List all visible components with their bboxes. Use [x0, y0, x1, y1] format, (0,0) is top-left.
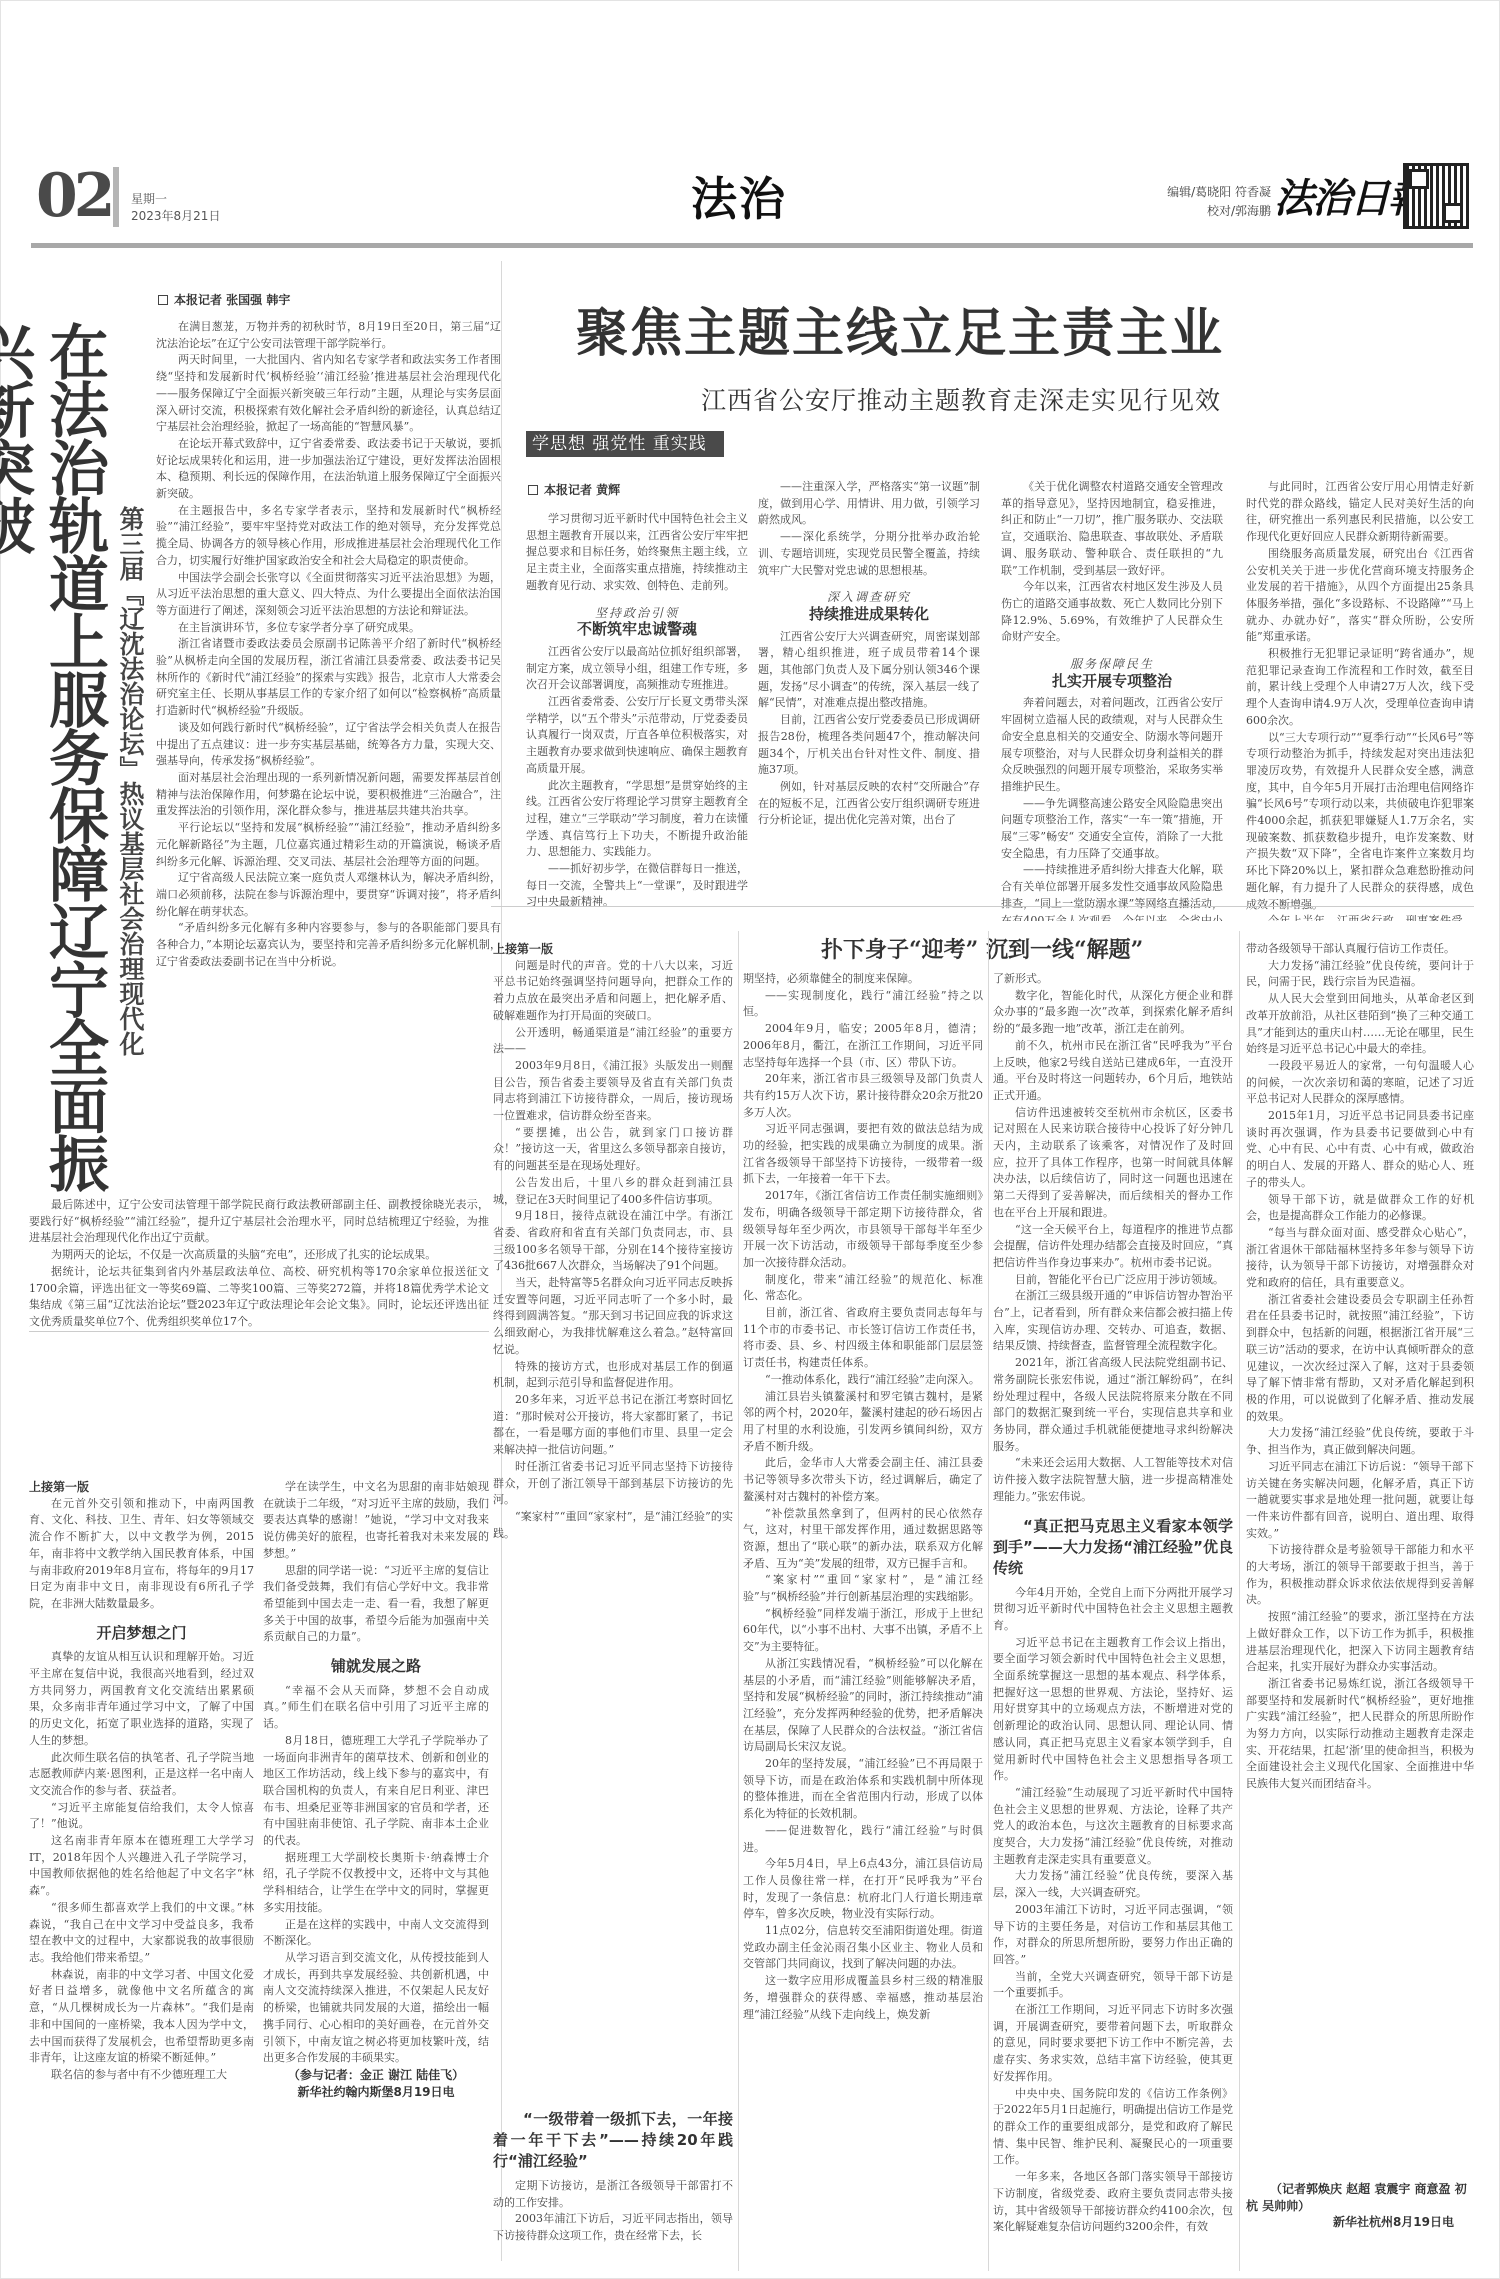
- newspaper-page: 02 星期一 2023年8月21日 法治 编辑/葛晓阳 符香凝 校对/郭海鹏 法…: [0, 0, 1500, 2279]
- subhead-dream: 开启梦想之门: [29, 1625, 254, 1642]
- masthead-rule: [31, 243, 1473, 248]
- story2-col-g: 了新形式。 数字化，智能化时代，从深化方便企业和群众办事的“最多跑一次”改革，到…: [993, 971, 1233, 2271]
- section-head-2: 持续推进成果转化: [758, 606, 980, 623]
- section-kicker-2: 深入调查研究: [758, 589, 980, 606]
- continued-label: 上接第一版: [493, 941, 733, 958]
- editors: 编辑/葛晓阳 符香凝: [1121, 183, 1271, 202]
- left-story-subhead: 第三届『辽沈法治论坛』热议基层社会治理现代化: [113, 506, 145, 1126]
- left-story-body: 在满目葱茏，万物并秀的初秋时节，8月19日至20日，第三届“辽沈法治论坛”在辽宁…: [156, 319, 501, 1199]
- editor-credits: 编辑/葛晓阳 符香凝 校对/郭海鹏: [1121, 183, 1271, 221]
- right-story-col-a: 学习贯彻习近平新时代中国特色社会主义思想主题教育开展以来，江西省公安厅牢牢把握总…: [526, 511, 748, 921]
- dateline: 新华社约翰内斯堡8月19日电: [263, 2084, 489, 2101]
- left-story-body-wide: 最后陈述中，辽宁公安司法管理干部学院民商行政法教研部副主任、副教授徐晓光表示，要…: [29, 1197, 489, 1329]
- masthead: 02 星期一 2023年8月21日 法治 编辑/葛晓阳 符香凝 校对/郭海鹏 法…: [31, 161, 1473, 231]
- subhead-development: 铺就发展之路: [263, 1658, 489, 1675]
- dateline: 新华社杭州8月19日电: [1246, 2214, 1474, 2231]
- qr-code-icon[interactable]: [1403, 163, 1469, 229]
- byline-box-icon: [158, 295, 168, 305]
- section-divider: [29, 1331, 489, 1332]
- story2-col-e: 上接第一版 问题是时代的声音。党的十八大以来，习近平总书记始终强调坚持问题导向，…: [493, 941, 733, 2091]
- main-subhead: 江西省公安厅推动主题教育走深走实见行见效: [701, 381, 1401, 417]
- reporters-credit: （参与记者：金正 谢江 陆佳飞）: [263, 2067, 489, 2084]
- date-block: 星期一 2023年8月21日: [131, 191, 220, 225]
- proofreader: 校对/郭海鹏: [1121, 202, 1271, 221]
- story-divider: [491, 906, 1474, 907]
- reporters-credit: （记者郭焕庆 赵超 袁震宇 商意盈 初杭 吴帅帅）: [1246, 2181, 1474, 2214]
- byline-box-icon: [528, 485, 538, 495]
- weekday: 星期一: [131, 191, 220, 208]
- story2-headline: 扑下身子“迎考” 沉到一线“解题”: [821, 933, 1241, 964]
- page-number-divider: [113, 167, 119, 227]
- right-story-col-c: 《关于优化调整农村道路交通安全管理改革的指导意见》，坚持因地制宜，稳妥推进，纠正…: [1001, 479, 1223, 921]
- right-story-col-b: ——注重深入学，严格落实“第一议题”制度，做到用心学、用情讲、用力做，引领学习蔚…: [758, 479, 980, 921]
- section-head-3: 扎实开展专项整治: [1001, 673, 1223, 690]
- column-divider: [738, 931, 739, 2271]
- story2-subhead-1: “一级带着一级抓下去，一年接着一年干下去”——持续20年践行“浦江经验”: [493, 2109, 733, 2172]
- continued-label: 上接第一版: [29, 1479, 254, 1496]
- story2-col-f: 期坚持，必须靠健全的制度来保障。 ——实现制度化，践行“浦江经验”持之以恒。 2…: [743, 971, 983, 2271]
- left-story-headline: 在法治轨道上服务保障辽宁全面振兴新突破: [41, 321, 111, 1201]
- continued-story-col1: 上接第一版 在元首外交引领和推动下，中南两国教育、文化、科技、卫生、青年、妇女等…: [29, 1479, 254, 2219]
- right-story-byline: 本报记者 黄辉: [528, 481, 620, 498]
- story2-subhead-2: “真正把马克思主义看家本领学到手”——大力发扬“浦江经验”优良传统: [993, 1516, 1233, 1579]
- theme-banner: 学思想 强党性 重实践 建新功: [526, 431, 724, 457]
- page-number: 02: [36, 161, 112, 231]
- section-head-1: 不断筑牢忠诚警魂: [526, 621, 748, 638]
- story2-col-e-lower: “一级带着一级抓下去，一年接着一年干下去”——持续20年践行“浦江经验” 定期下…: [493, 2099, 733, 2269]
- right-story-col-d: 与此同时，江西省公安厅用心用情走好新时代党的群众路线，锚定人民对美好生活的向往，…: [1246, 479, 1474, 921]
- story2-col-h: 带动各级领导干部认真履行信访工作责任。 大力发扬“浦江经验”优良传统，要问计于民…: [1246, 941, 1474, 2181]
- column-divider: [1239, 931, 1240, 2271]
- main-headline: 聚焦主题主线立足主责主业: [576, 291, 1476, 366]
- left-story-byline: 本报记者 张国强 韩宇: [158, 291, 290, 308]
- section-kicker-1: 坚持政治引领: [526, 605, 748, 622]
- continued-story-col2: 学在读学生，中文名为思甜的南非姑娘现在就读于二年级，“对习近平主席的鼓励，我们要…: [263, 1479, 489, 2219]
- section-kicker-3: 服务保障民生: [1001, 656, 1223, 673]
- column-divider: [988, 931, 989, 2271]
- story2-credits: （记者郭焕庆 赵超 袁震宇 商意盈 初杭 吴帅帅） 新华社杭州8月19日电: [1246, 2181, 1474, 2261]
- section-title: 法治: [691, 163, 787, 229]
- issue-date: 2023年8月21日: [131, 208, 220, 225]
